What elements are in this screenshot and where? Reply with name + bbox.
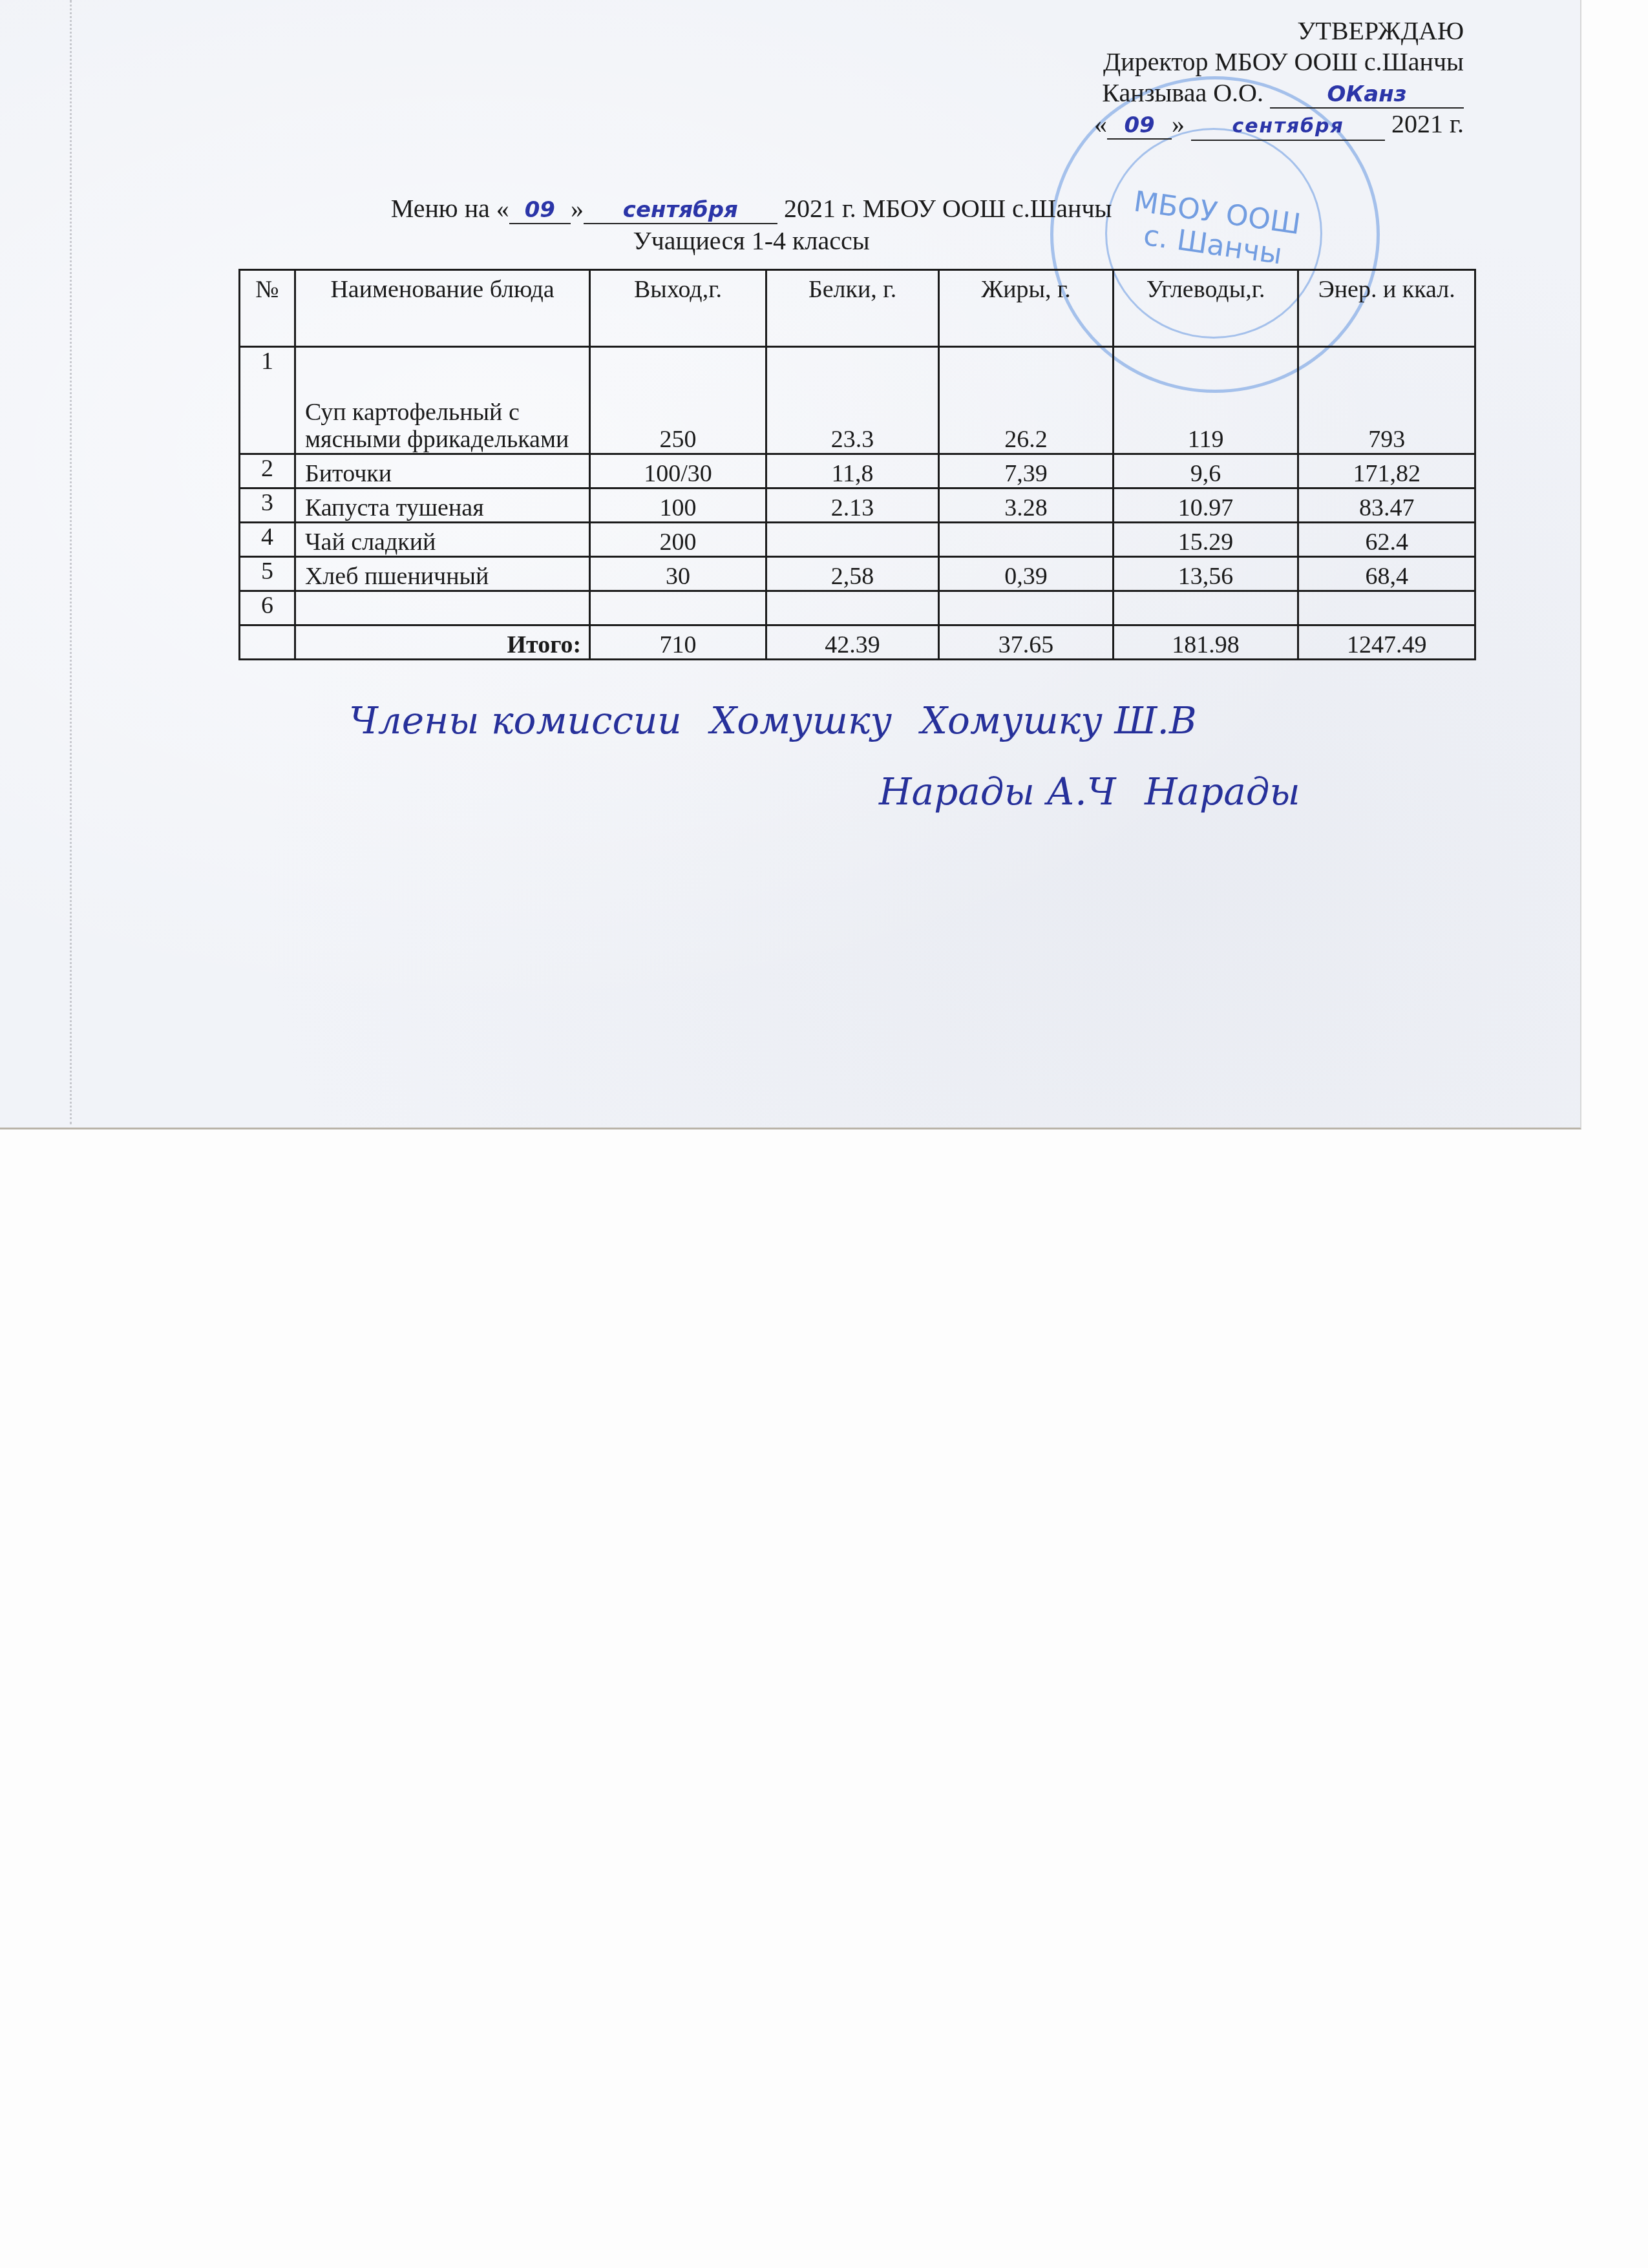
dish-protein: 23.3: [766, 347, 938, 454]
total-label: Итого:: [295, 625, 589, 660]
dish-protein: [766, 591, 938, 625]
dish-energy: 171,82: [1298, 454, 1475, 488]
dish-carbs: 10.97: [1113, 488, 1298, 523]
menu-subtitle: Учащиеся 1-4 классы: [0, 225, 1648, 257]
total-fat: 37.65: [939, 625, 1113, 660]
row-number: 5: [240, 557, 295, 591]
table-row: 6: [240, 591, 1475, 625]
total-row: Итого: 710 42.39 37.65 181.98 1247.49: [240, 625, 1475, 660]
table-row: 4 Чай сладкий 200 15.29 62.4: [240, 523, 1475, 557]
table-row: 2 Биточки 100/30 11,8 7,39 9,6 171,82: [240, 454, 1475, 488]
header-dish-name: Наименование блюда: [295, 270, 589, 347]
approval-day: 09: [1107, 112, 1172, 140]
total-carbs: 181.98: [1113, 625, 1298, 660]
header-yield: Выход,г.: [590, 270, 766, 347]
total-protein: 42.39: [766, 625, 938, 660]
menu-table: № Наименование блюда Выход,г. Белки, г. …: [238, 269, 1476, 660]
dish-carbs: [1113, 591, 1298, 625]
dish-yield: 100/30: [590, 454, 766, 488]
dish-name: [295, 591, 589, 625]
menu-day: 09: [509, 197, 571, 224]
header-number: №: [240, 270, 295, 347]
dish-energy: 68,4: [1298, 557, 1475, 591]
dish-yield: 250: [590, 347, 766, 454]
approval-date: «09» сентября 2021 г.: [1094, 109, 1464, 141]
director-name-line: Канзываа О.О. ОКанз: [1094, 78, 1464, 109]
header-fat: Жиры, г.: [939, 270, 1113, 347]
director-name: Канзываа О.О.: [1102, 78, 1263, 107]
total-empty-cell: [240, 625, 295, 660]
dish-name: Капуста тушеная: [295, 488, 589, 523]
menu-title: Меню на «09»сентября 2021 г. МБОУ ООШ с.…: [0, 193, 1648, 225]
header-carbs: Углеводы,г.: [1113, 270, 1298, 347]
commission-member-signature: Нарады: [1145, 770, 1300, 814]
dish-yield: 30: [590, 557, 766, 591]
dish-fat: 26.2: [939, 347, 1113, 454]
dish-fat: [939, 591, 1113, 625]
commission-signatures: Члены комиссии Хомушку Хомушку Ш.В Нарад…: [349, 685, 1512, 827]
approval-year: 2021 г.: [1391, 109, 1464, 138]
dish-name: Чай сладкий: [295, 523, 589, 557]
dish-fat: 3.28: [939, 488, 1113, 523]
commission-row-2: Нарады А.Ч Нарады: [349, 756, 1512, 827]
commission-member-name: Нарады А.Ч: [879, 770, 1116, 814]
dish-name: Биточки: [295, 454, 589, 488]
table-row: 3 Капуста тушеная 100 2.13 3.28 10.97 83…: [240, 488, 1475, 523]
dish-energy: 793: [1298, 347, 1475, 454]
dish-protein: 2.13: [766, 488, 938, 523]
dish-name: Суп картофельный с мясными фрикадельками: [295, 347, 589, 454]
commission-member-name: Хомушку Ш.В: [921, 698, 1197, 742]
approval-block: УТВЕРЖДАЮ Директор МБОУ ООШ с.Шанчы Канз…: [1094, 16, 1464, 141]
dish-carbs: 9,6: [1113, 454, 1298, 488]
table-row: 1 Суп картофельный с мясными фрикаделька…: [240, 347, 1475, 454]
dish-yield: 100: [590, 488, 766, 523]
total-energy: 1247.49: [1298, 625, 1475, 660]
dish-carbs: 13,56: [1113, 557, 1298, 591]
menu-title-block: Меню на «09»сентября 2021 г. МБОУ ООШ с.…: [0, 193, 1648, 257]
dish-yield: [590, 591, 766, 625]
director-position: Директор МБОУ ООШ с.Шанчы: [1094, 47, 1464, 78]
dish-protein: 2,58: [766, 557, 938, 591]
director-signature: ОКанз: [1270, 81, 1464, 109]
table-header-row: № Наименование блюда Выход,г. Белки, г. …: [240, 270, 1475, 347]
row-number: 3: [240, 488, 295, 523]
dish-energy: 62.4: [1298, 523, 1475, 557]
approval-month: сентября: [1191, 114, 1385, 141]
dish-yield: 200: [590, 523, 766, 557]
total-yield: 710: [590, 625, 766, 660]
row-number: 6: [240, 591, 295, 625]
dish-carbs: 15.29: [1113, 523, 1298, 557]
row-number: 1: [240, 347, 295, 454]
header-energy: Энер. и ккал.: [1298, 270, 1475, 347]
row-number: 2: [240, 454, 295, 488]
dish-fat: 0,39: [939, 557, 1113, 591]
commission-member-signature: Хомушку: [710, 698, 892, 742]
dish-energy: 83.47: [1298, 488, 1475, 523]
menu-month: сентября: [584, 197, 777, 224]
dish-energy: [1298, 591, 1475, 625]
commission-row-1: Члены комиссии Хомушку Хомушку Ш.В: [349, 685, 1512, 756]
dish-name: Хлеб пшеничный: [295, 557, 589, 591]
dish-carbs: 119: [1113, 347, 1298, 454]
commission-label: Члены комиссии: [349, 698, 682, 742]
row-number: 4: [240, 523, 295, 557]
dish-protein: [766, 523, 938, 557]
approval-heading: УТВЕРЖДАЮ: [1094, 16, 1464, 47]
header-protein: Белки, г.: [766, 270, 938, 347]
dish-protein: 11,8: [766, 454, 938, 488]
dish-fat: [939, 523, 1113, 557]
perforation-line: [70, 0, 72, 1124]
dish-fat: 7,39: [939, 454, 1113, 488]
table-row: 5 Хлеб пшеничный 30 2,58 0,39 13,56 68,4: [240, 557, 1475, 591]
